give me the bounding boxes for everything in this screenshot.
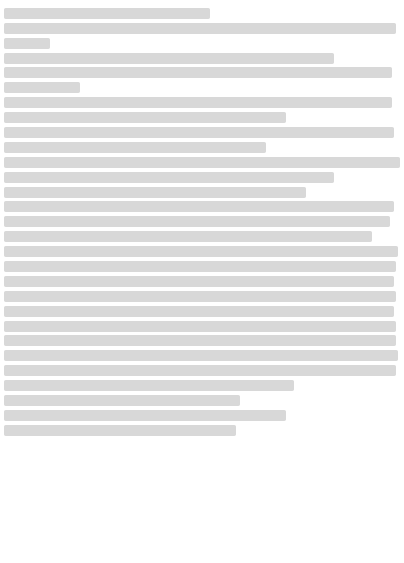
text-line-placeholder	[4, 425, 236, 436]
text-line-placeholder	[4, 142, 266, 153]
text-line-placeholder	[4, 410, 286, 421]
text-line-placeholder	[4, 216, 390, 227]
text-line-placeholder	[4, 67, 392, 78]
text-line-placeholder	[4, 97, 392, 108]
text-line-placeholder	[4, 231, 372, 242]
text-line-placeholder	[4, 246, 398, 257]
text-line-placeholder	[4, 350, 398, 361]
text-line-placeholder	[4, 82, 80, 93]
text-line-placeholder	[4, 38, 50, 49]
text-line-placeholder	[4, 8, 210, 19]
text-line-placeholder	[4, 395, 240, 406]
text-line-placeholder	[4, 201, 394, 212]
text-line-placeholder	[4, 365, 396, 376]
text-line-placeholder	[4, 291, 396, 302]
text-line-placeholder	[4, 23, 396, 34]
text-line-placeholder	[4, 306, 394, 317]
text-line-placeholder	[4, 261, 396, 272]
text-line-placeholder	[4, 127, 394, 138]
text-line-placeholder	[4, 172, 334, 183]
text-line-placeholder	[4, 276, 394, 287]
post-text-lines	[4, 8, 400, 436]
text-line-placeholder	[4, 321, 396, 332]
text-line-placeholder	[4, 157, 400, 168]
text-line-placeholder	[4, 380, 294, 391]
text-line-placeholder	[4, 335, 396, 346]
post-body	[0, 0, 404, 436]
text-line-placeholder	[4, 112, 286, 123]
text-line-placeholder	[4, 187, 306, 198]
text-line-placeholder	[4, 53, 334, 64]
